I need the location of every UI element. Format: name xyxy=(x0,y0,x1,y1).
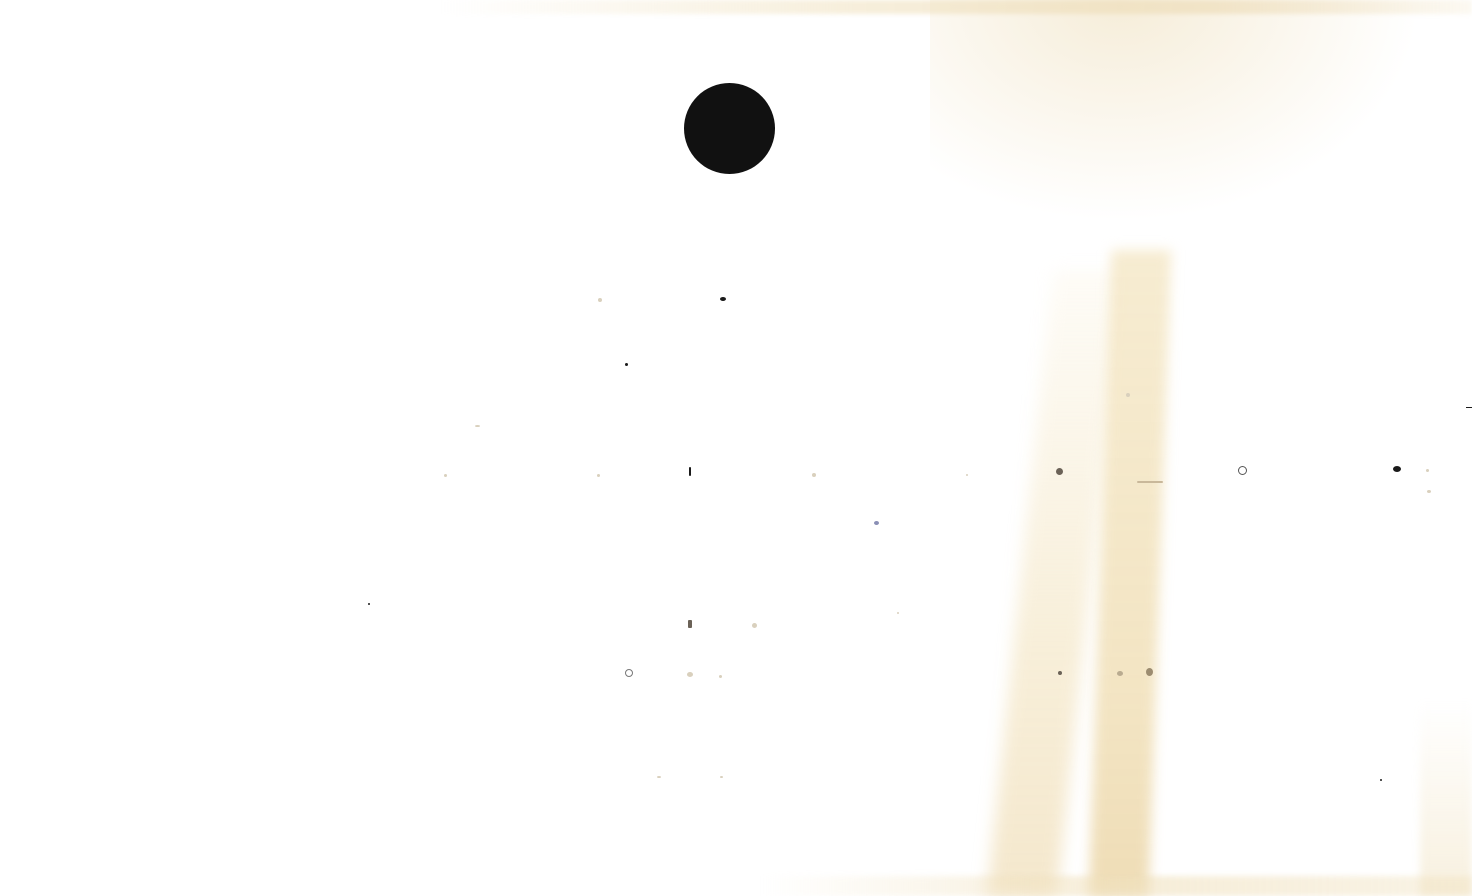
speck xyxy=(1146,668,1153,676)
speck xyxy=(368,603,370,605)
speck xyxy=(598,298,602,302)
paper-stain-bottom xyxy=(760,876,1472,896)
speck xyxy=(687,672,693,677)
paper-stain-right-edge xyxy=(1420,700,1472,896)
speck xyxy=(597,474,600,477)
speck xyxy=(1426,469,1429,472)
speck xyxy=(1117,671,1123,676)
blank-scanned-page xyxy=(0,0,1472,896)
black-circle-mark xyxy=(684,83,775,174)
speck xyxy=(720,297,726,301)
speck xyxy=(752,623,757,628)
speck xyxy=(966,474,968,476)
speck xyxy=(1238,466,1247,475)
speck xyxy=(688,620,692,628)
speck xyxy=(657,776,661,778)
speck xyxy=(1393,466,1401,472)
speck xyxy=(689,467,691,476)
paper-stain-top-right xyxy=(930,0,1472,260)
speck xyxy=(1126,393,1130,397)
speck xyxy=(444,474,447,477)
speck xyxy=(625,363,628,366)
speck xyxy=(874,521,879,525)
speck xyxy=(720,776,723,778)
speck xyxy=(1427,490,1431,493)
speck xyxy=(719,675,722,678)
speck xyxy=(1056,468,1063,475)
speck xyxy=(1380,779,1382,781)
speck xyxy=(1466,407,1472,408)
speck xyxy=(625,669,633,677)
speck xyxy=(475,425,480,427)
speck xyxy=(1137,481,1163,483)
speck xyxy=(897,612,899,614)
speck xyxy=(812,473,816,477)
speck xyxy=(1058,671,1062,675)
